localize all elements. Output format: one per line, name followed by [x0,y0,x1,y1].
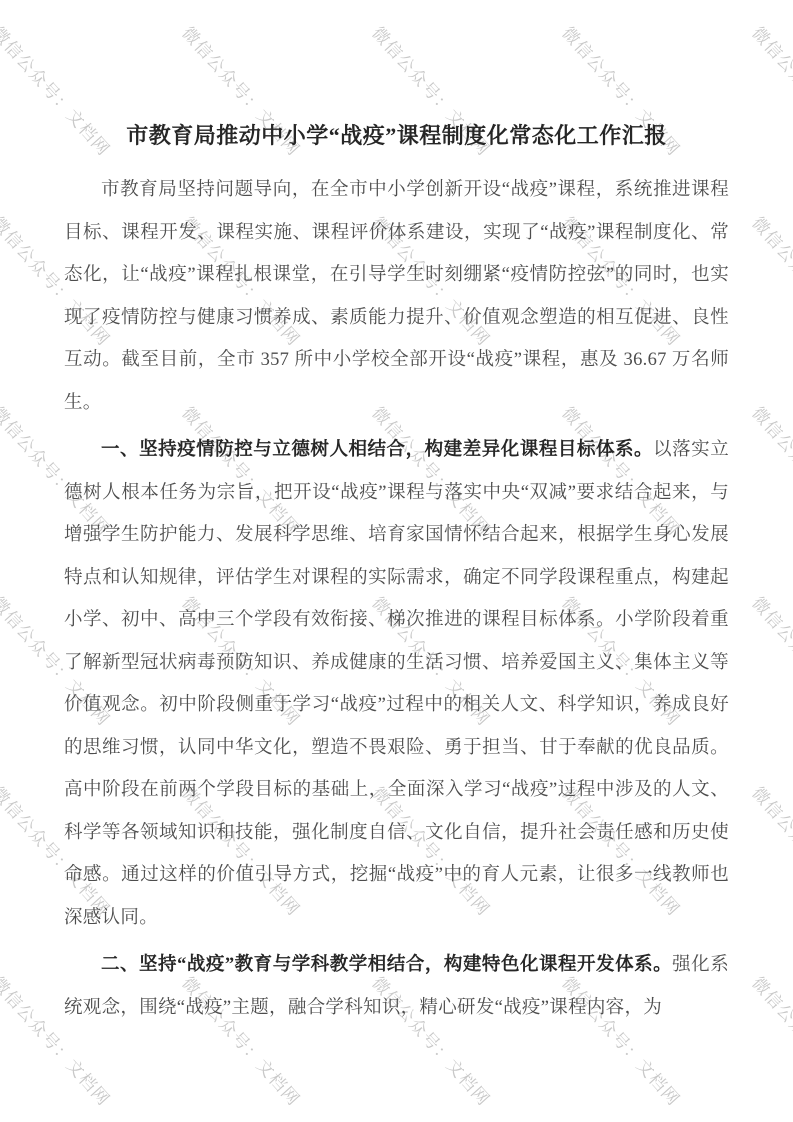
document-content: 市教育局推动中小学“战疫”课程制度化常态化工作汇报 市教育局坚持问题导向，在全市… [0,0,793,1029]
paragraph-section-2: 二、坚持“战疫”教育与学科教学相结合，构建特色化课程开发体系。强化系统观念，围绕… [64,944,729,1029]
paragraph-section-1: 一、坚持疫情防控与立德树人相结合，构建差异化课程目标体系。以落实立德树人根本任务… [64,429,729,939]
paragraph-intro: 市教育局坚持问题导向，在全市中小学创新开设“战疫”课程，系统推进课程目标、课程开… [64,169,729,424]
paragraph-intro-body: 市教育局坚持问题导向，在全市中小学创新开设“战疫”课程，系统推进课程目标、课程开… [64,180,729,413]
paragraph-section-1-body: 以落实立德树人根本任务为宗旨，把开设“战疫”课程与落实中央“双减”要求结合起来，… [64,440,729,928]
paragraph-section-2-heading: 二、坚持“战疫”教育与学科教学相结合，构建特色化课程开发体系。 [101,955,672,975]
paragraph-section-1-heading: 一、坚持疫情防控与立德树人相结合，构建差异化课程目标体系。 [101,440,653,460]
document-title: 市教育局推动中小学“战疫”课程制度化常态化工作汇报 [64,121,729,151]
document-page: 微信公众号：文档网微信公众号：文档网微信公众号：文档网微信公众号：文档网微信公众… [0,0,793,1122]
